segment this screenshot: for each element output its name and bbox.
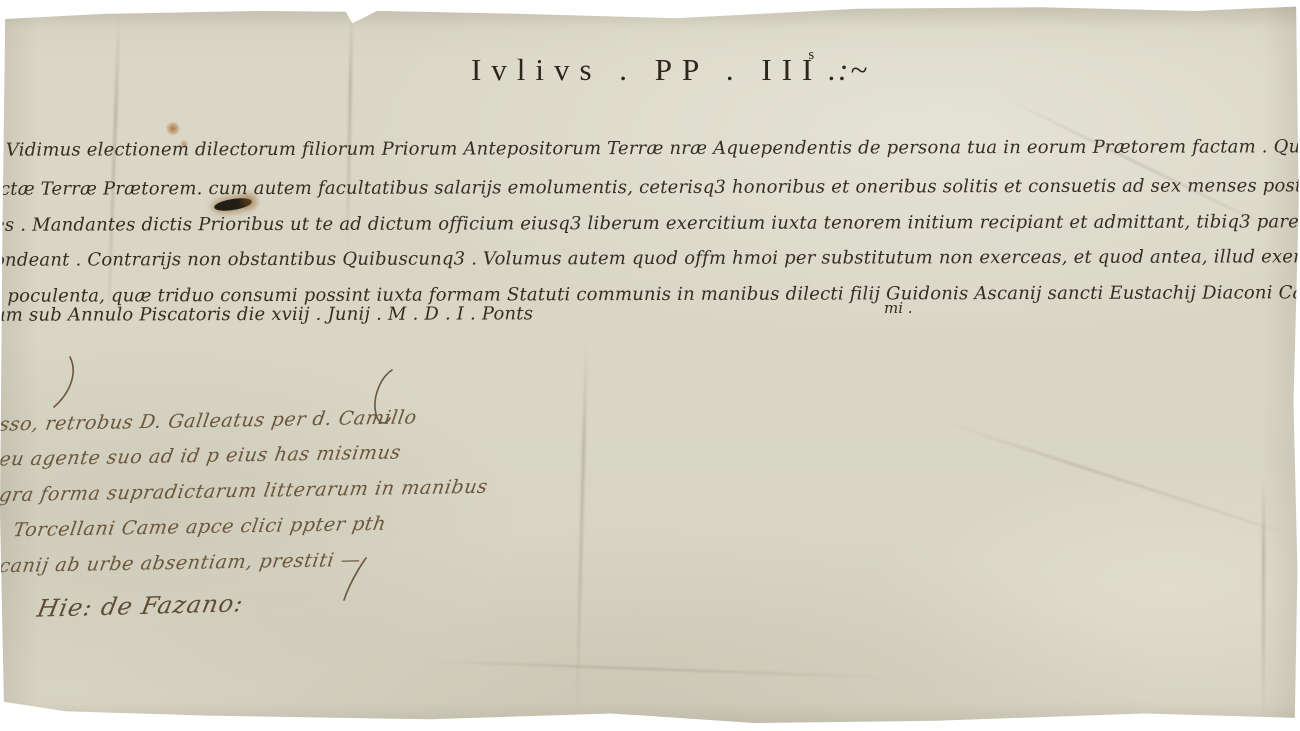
papal-title-superscript: s [808,47,814,63]
fold-crease-right-edge [1262,480,1265,720]
body-line: lctæ Terræ Prætorem. cum autem facultati… [0,175,1300,199]
papal-title-flourish: .:~ [828,52,869,87]
registration-line: eu agente suo ad id p eius has misimus [0,442,403,471]
registration-line: canij ab urbe absentiam, prestiti — [0,549,362,577]
pen-flourish-above-note [40,355,80,410]
papal-title: Ivlivs . PP . IIIs.:~ [440,52,900,88]
registration-line: sso, retrobus D. Galleatus per d. Camill… [0,406,418,435]
diagonal-crease-lower-center [420,660,900,679]
body-line: ondeant . Contrarijs non obstantibus Qui… [0,246,1300,270]
body-line: es . Mandantes dictis Prioribus ut te ad… [0,211,1300,235]
parchment-edge-shading [0,0,1300,731]
registration-line: Torcellani Came apce clici ppter pth [12,513,388,541]
fold-crease-center-bottom [575,340,588,720]
body-line: . Vidimus electionem dilectorum filiorum… [0,136,1300,160]
diagonal-crease-mid-right [940,420,1300,539]
parchment-sheet: Ivlivs . PP . IIIs.:~ . Vidimus election… [0,0,1300,731]
rust-stain [166,122,180,135]
papal-title-text: Ivlivs . PP . III [471,52,822,87]
signature: Hie: de Fazano: [35,589,246,622]
manuscript-scan: Ivlivs . PP . IIIs.:~ . Vidimus election… [0,0,1300,731]
body-line-dateline: um sub Annulo Piscatoris die xviij . Jun… [0,301,1300,325]
registration-line: gra forma supradictarum litterarum in ma… [0,476,489,506]
carryover-word: mi . [884,299,913,317]
